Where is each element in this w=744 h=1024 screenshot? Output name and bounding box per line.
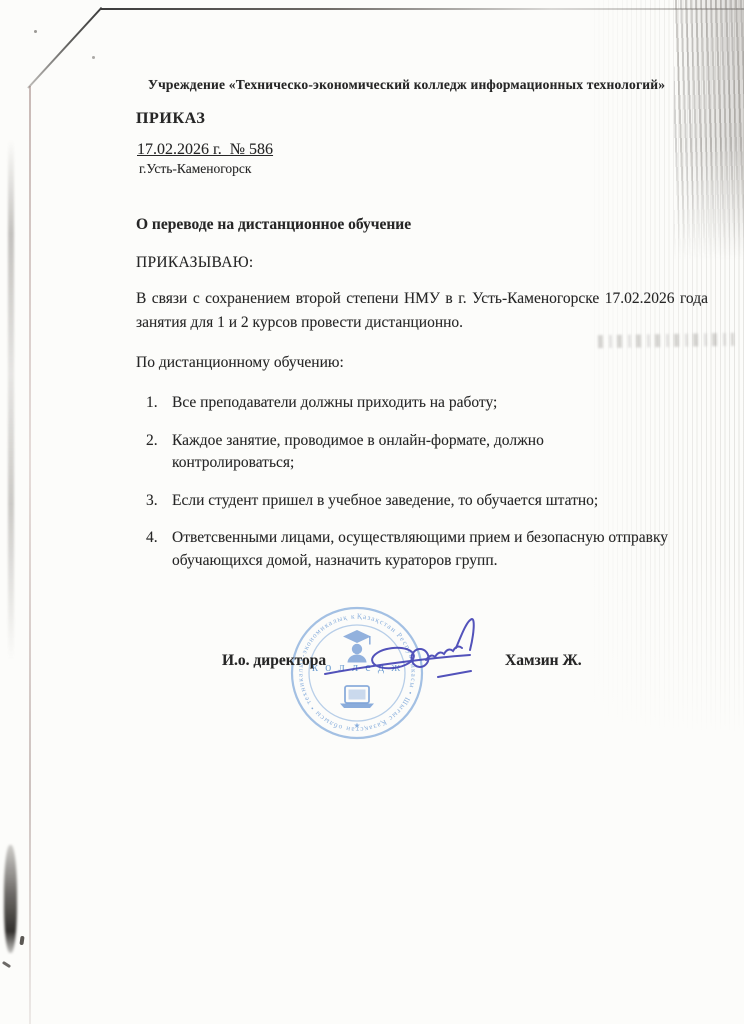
- document-type: ПРИКАЗ: [136, 110, 205, 128]
- list-item-number: 4.: [146, 527, 164, 572]
- city-line: г.Усть-Каменогорск: [139, 161, 251, 177]
- list-item-text: Ответсвенными лицами, осуществляющими пр…: [172, 527, 686, 572]
- subject-line: О переводе на дистанционное обучение: [136, 216, 411, 234]
- list-item: 2. Каждое занятие, проводимое в онлайн-ф…: [146, 430, 634, 475]
- order-word: ПРИКАЗЫВАЮ:: [136, 254, 254, 272]
- scan-speck: [92, 56, 95, 59]
- list-item-text: Каждое занятие, проводимое в онлайн-форм…: [172, 430, 634, 475]
- scanned-page: Учреждение «Техническо-экономический кол…: [0, 0, 744, 1024]
- ordered-list: 1. Все преподаватели должны приходить на…: [146, 392, 744, 587]
- list-item-text: Если студент пришел в учебное заведение,…: [172, 490, 598, 513]
- scan-streaks-fade: [584, 560, 744, 830]
- scan-small-mark: [19, 936, 24, 945]
- list-heading: По дистанционному обучению:: [136, 354, 344, 372]
- list-item-text: Все преподаватели должны приходить на ра…: [172, 392, 497, 415]
- scan-streak-left: [8, 140, 14, 660]
- scan-streaks-right-dark: [674, 0, 744, 260]
- scan-speck: [34, 30, 37, 33]
- scan-bottom-left-smudge: [4, 845, 17, 953]
- director-signature-ink: [298, 600, 503, 695]
- list-item: 3. Если студент пришел в учебное заведен…: [146, 490, 744, 513]
- scan-tick-mark: [2, 961, 11, 968]
- intro-paragraph: В связи с сохранением второй степени НМУ…: [136, 287, 708, 334]
- date-and-number: 17.02.2026 г. № 586: [137, 141, 273, 159]
- list-item-number: 1.: [146, 392, 164, 415]
- scan-page-left-edge: [29, 86, 31, 1024]
- organization-title: Учреждение «Техническо-экономический кол…: [148, 77, 665, 93]
- scan-folded-corner-edge: [27, 7, 102, 89]
- scan-page-top-edge: [101, 8, 744, 10]
- signer-name: Хамзин Ж.: [505, 652, 582, 670]
- list-item-number: 3.: [146, 490, 164, 513]
- stamp-star-icon: ★: [354, 721, 361, 730]
- list-item: 1. Все преподаватели должны приходить на…: [146, 392, 744, 415]
- list-item-number: 2.: [146, 430, 164, 475]
- scan-smudge: [598, 333, 734, 348]
- list-item: 4. Ответсвенными лицами, осуществляющими…: [146, 527, 686, 572]
